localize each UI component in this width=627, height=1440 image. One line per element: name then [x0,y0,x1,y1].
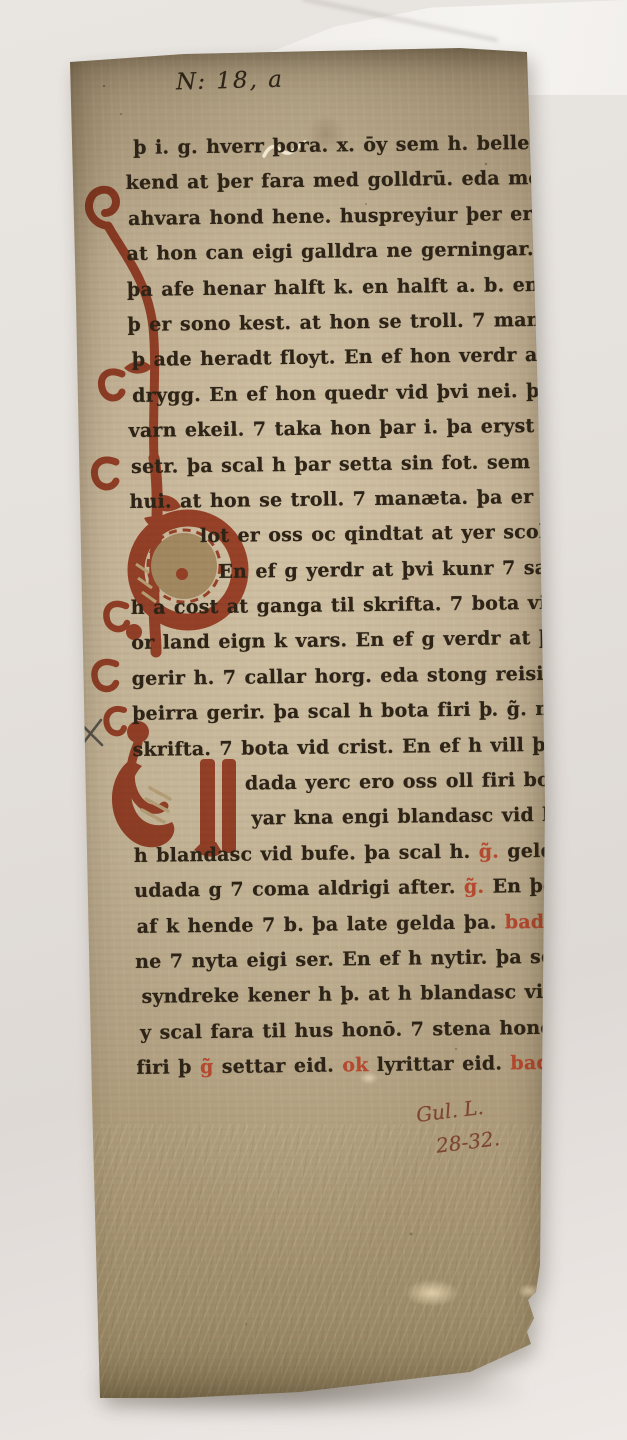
manuscript-line: lot er oss oc qindtat at yer scolð eigi … [130,515,548,555]
manuscript-line: af k hende 7 b. þa late gelda þa. bad. E… [135,904,550,944]
ink-text: ahvara hond hene. huspreyiur þer er m yr… [128,202,550,230]
ink-text: at hon can eigi galldra ne gerningar. Ef… [126,237,550,265]
manuscript-line: þ ade heradt floyt. En ef hon verdr at þ… [128,338,546,378]
rubric-text: g̃. [464,876,485,898]
manuscript-line: setr. þa scal h þar setta sin fot. sem h… [129,444,547,484]
manuscript-line: ne 7 nyta eigi ser. En ef h nytir. þa sc… [135,940,550,980]
rubric-text: bad [505,911,545,933]
parchment-damage-patch [406,1280,458,1306]
ink-text: skrifta. 7 bota vid crist. En ef h vill … [132,733,550,761]
ink-text: y scal fara til hus honō. 7 stena honō t… [140,1016,550,1044]
manuscript-line: kend at þer fara med golldrū. eda med ge… [125,161,543,201]
rubric-text: bad [510,1052,550,1074]
manuscript-photograph: N: 18, a [0,0,627,1440]
archival-note: Gul. L. 28-32. [414,1089,501,1164]
ink-text: ne 7 nyta eigi ser. En ef h nytir. þa sc… [135,945,550,973]
manuscript-line: syndreke kener h þ. at h blandasc vid bu [135,975,550,1015]
manuscript-line: h blandasc vid bufe. þa scal h. g̃. geld… [134,834,550,874]
ink-text: þa afe henar halft k. en halft a. b. en … [127,273,550,301]
ink-text: h blandasc vid bufe. þa scal h. [134,841,479,867]
ink-text: lyrittar eid. [368,1053,510,1077]
manuscript-line: þ i. g. hverr þora. x. ōy sem h. belle e… [125,126,543,166]
ink-text: setr. þa scal h þar setta sin fot. sem h… [131,449,550,477]
manuscript-line: or land eign k vars. En ef g verdr at þv… [131,621,549,661]
parchment-damage-patch [518,1284,540,1298]
ink-text: En ef g yerdr at þvi kunr 7 sanr. þa hg [218,555,550,582]
manuscript-line: gerir h. 7 callar horg. eda stong reisir… [131,657,549,697]
manuscript-line: þa afe henar halft k. en halft a. b. en … [127,267,545,307]
manuscript-line: ahvara hond hene. huspreyiur þer er m yr… [126,197,544,237]
ink-text: or land eign k vars. En ef g verdr at þv… [131,627,550,655]
ink-text: gelda. [499,839,550,862]
parchment-surface: N: 18, a [66,44,550,1404]
ink-text: firi þ [136,1056,200,1079]
ink-text: hui. at hon se troll. 7 manæta. þa er þ … [129,485,550,513]
ink-text: En þeir yf [484,874,550,897]
rubric-text: g̃. [479,840,500,862]
manuscript-line: at hon can eigi galldra ne gerningar. Ef… [126,232,544,272]
manuscript-text: þ i. g. hverr þora. x. ōy sem h. belle e… [125,126,550,1087]
parchment-fragment: N: 18, a [66,44,550,1404]
manuscript-line: skrifta. 7 bota vid crist. En ef h vill … [132,727,550,767]
parchment-scratch-texture [66,1124,550,1404]
ink-text: udada g 7 coma aldrigi after. [134,876,464,902]
ink-text: settar eid. [213,1055,342,1079]
pencil-cross-mark [74,716,108,750]
rubric-text: ok [342,1054,369,1076]
ink-text: drygg. En ef hon quedr vid þvi nei. þa s… [132,378,550,406]
ink-text: syndreke kener h þ. at h blandasc vid bu [141,981,550,1009]
ink-text: af k hende 7 b. þa late gelda þa. [137,911,505,937]
ink-text: þeirra gerir. þa scal h bota firi þ. g̃.… [132,697,550,725]
manuscript-line: varn ekeil. 7 taka hon þar i. þa eryst e… [128,409,546,449]
ink-text: . En fa [544,910,550,933]
manuscript-line: firi þ g̃ settar eid. ok lyrittar eid. b… [136,1046,550,1086]
manuscript-line: þ er sono kest. at hon se troll. 7 manæt… [127,303,545,343]
ink-text: þ er sono kest. at hon se troll. 7 manæt… [127,307,550,336]
ink-text: þ i. g. hverr þora. x. ōy sem h. belle e… [133,131,550,159]
ink-text: lot er oss oc qindtat at yer scolð eigi … [200,520,550,547]
ink-text: dada yerc ero oss oll firi boden at [245,768,550,795]
rubric-text: g̃ [200,1056,214,1078]
manuscript-line: h a cost at ganga til skrifta. 7 bota vi… [131,586,549,626]
ink-text: yar kna engi blandasc vid bufe. En [251,803,550,830]
manuscript-line: drygg. En ef hon quedr vid þvi nei. þa s… [128,374,546,414]
shelfmark-inscription: N: 18, a [176,67,285,96]
ink-text: varn ekeil. 7 taka hon þar i. þa eryst e… [129,414,550,442]
manuscript-line: yar kna engi blandasc vid bufe. En [133,798,550,838]
manuscript-line: y scal fara til hus honō. 7 stena honō t… [136,1011,550,1051]
manuscript-line: dada yerc ero oss oll firi boden at [133,763,550,803]
ink-text: kend at þer fara med golldrū. eda med ge… [126,166,550,194]
manuscript-line: udada g 7 coma aldrigi after. g̃. En þei… [134,869,550,909]
ink-text: gerir h. 7 callar horg. eda stong reisir… [132,662,550,690]
ink-text: h a cost at ganga til skrifta. 7 bota vi… [131,591,550,619]
manuscript-line: þeirra gerir. þa scal h bota firi þ. g̃.… [132,692,550,732]
manuscript-line: En ef g yerdr at þvi kunr 7 sanr. þa hg [130,551,548,591]
ink-text: þ ade heradt floyt. En ef hon verdr at þ… [132,343,550,371]
manuscript-line: hui. at hon se troll. 7 manæta. þa er þ … [129,480,547,520]
